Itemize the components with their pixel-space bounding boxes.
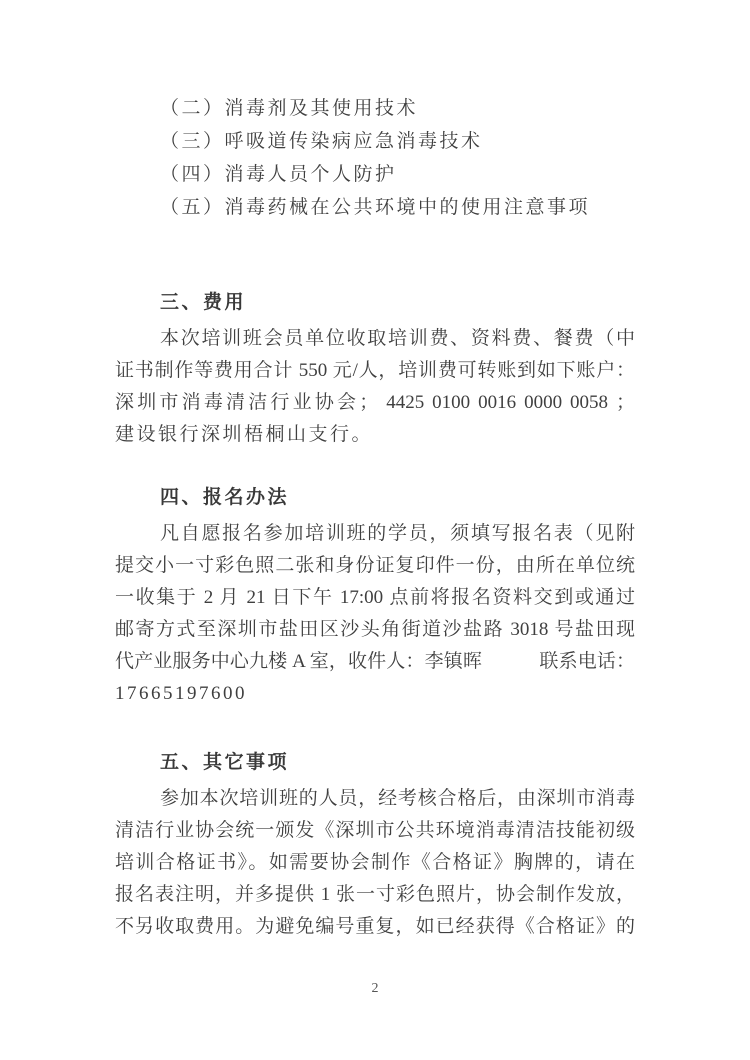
document-body: （二）消毒剂及其使用技术 （三）呼吸道传染病应急消毒技术 （四）消毒人员个人防护… — [115, 92, 635, 943]
page-number: 2 — [0, 980, 750, 998]
section-other: 五、其它事项 参加本次培训班的人员，经考核合格后，由深圳市消毒 清洁行业协会统一… — [115, 746, 635, 943]
paragraph-line: 代产业服务中心九楼 A 室，收件人：李镇晖 联系电话： — [115, 646, 635, 678]
paragraph-line: 报名表注明，并多提供 1 张一寸彩色照片，协会制作发放， — [115, 879, 635, 911]
section-fee-paragraph: 本次培训班会员单位收取培训费、资料费、餐费（中餐）、 证书制作等费用合计 550… — [115, 323, 635, 451]
paragraph-line: 17665197600 — [115, 678, 635, 710]
section-fee: 三、费用 本次培训班会员单位收取培训费、资料费、餐费（中餐）、 证书制作等费用合… — [115, 286, 635, 451]
outline-item: （五）消毒药械在公共环境中的使用注意事项 — [115, 191, 635, 224]
section-signup: 四、报名办法 凡自愿报名参加培训班的学员，须填写报名表（见附件）、 提交小一寸彩… — [115, 481, 635, 710]
paragraph-line: 建设银行深圳梧桐山支行。 — [115, 419, 635, 451]
outline-item: （四）消毒人员个人防护 — [115, 158, 635, 191]
paragraph-line: 凡自愿报名参加培训班的学员，须填写报名表（见附件）、 — [115, 518, 635, 550]
paragraph-line: 一收集于 2 月 21 日下午 17:00 点前将报名资料交到或通过 — [115, 582, 635, 614]
paragraph-line: 本次培训班会员单位收取培训费、资料费、餐费（中餐）、 — [115, 323, 635, 355]
paragraph-line: 深圳市消毒清洁行业协会； 4425 0100 0016 0000 0058 ； — [115, 387, 635, 419]
section-fee-heading: 三、费用 — [115, 286, 635, 319]
paragraph-line: 证书制作等费用合计 550 元/人，培训费可转账到如下账户： — [115, 355, 635, 387]
section-signup-paragraph: 凡自愿报名参加培训班的学员，须填写报名表（见附件）、 提交小一寸彩色照二张和身份… — [115, 518, 635, 710]
section-signup-heading: 四、报名办法 — [115, 481, 635, 514]
section-other-paragraph: 参加本次培训班的人员，经考核合格后，由深圳市消毒 清洁行业协会统一颁发《深圳市公… — [115, 783, 635, 943]
paragraph-line: 参加本次培训班的人员，经考核合格后，由深圳市消毒 — [115, 783, 635, 815]
paragraph-line: 邮寄方式至深圳市盐田区沙头角街道沙盐路 3018 号盐田现 — [115, 614, 635, 646]
paragraph-line: 清洁行业协会统一颁发《深圳市公共环境消毒清洁技能初级 — [115, 815, 635, 847]
paragraph-line: 提交小一寸彩色照二张和身份证复印件一份，由所在单位统 — [115, 550, 635, 582]
outline-item: （二）消毒剂及其使用技术 — [115, 92, 635, 125]
outline-item: （三）呼吸道传染病应急消毒技术 — [115, 125, 635, 158]
paragraph-line: 培训合格证书》。如需要协会制作《合格证》胸牌的，请在 — [115, 847, 635, 879]
section-other-heading: 五、其它事项 — [115, 746, 635, 779]
document-page: （二）消毒剂及其使用技术 （三）呼吸道传染病应急消毒技术 （四）消毒人员个人防护… — [0, 0, 750, 1060]
paragraph-line: 不另收取费用。为避免编号重复，如已经获得《合格证》的 — [115, 911, 635, 943]
course-outline-list: （二）消毒剂及其使用技术 （三）呼吸道传染病应急消毒技术 （四）消毒人员个人防护… — [115, 92, 635, 224]
